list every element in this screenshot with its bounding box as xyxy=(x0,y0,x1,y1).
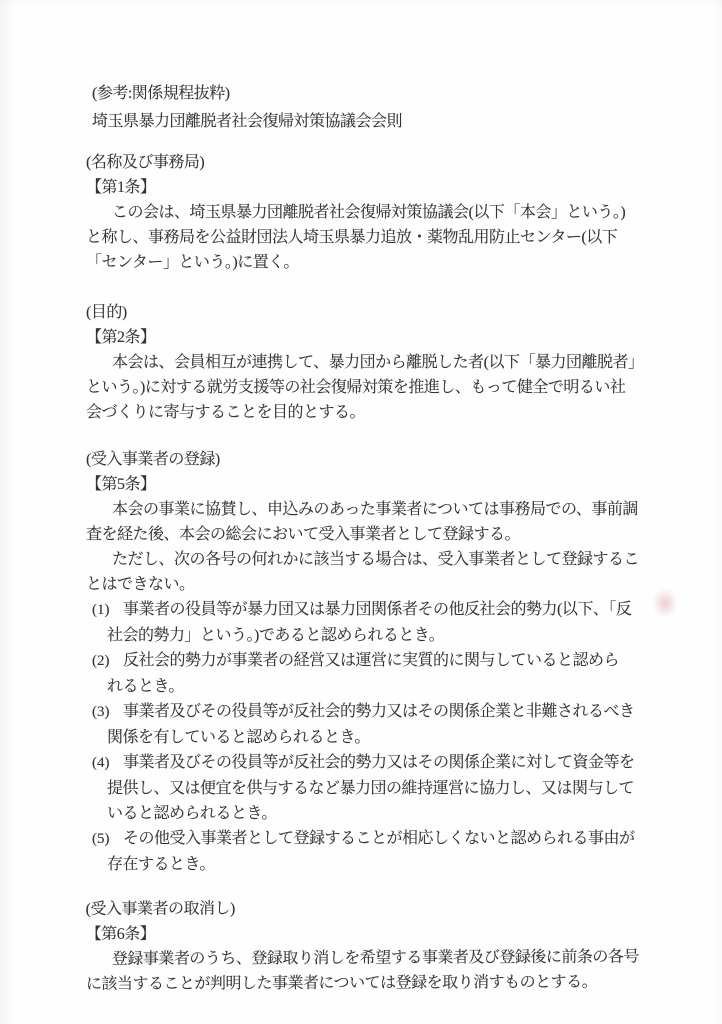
section-article-2: (目的) 【第2条】 本会は、会員相互が連携して、暴力団から離脱した者(以下「暴… xyxy=(86,300,666,425)
title-block: (参考:関係規程抜粋) 埼玉県暴力団離脱者社会復帰対策協議会会則 xyxy=(92,80,666,136)
section-article-5: (受入事業者の登録) 【第5条】 本会の事業に協賛し、申込みのあった事業者につい… xyxy=(86,447,666,877)
item-text: 事業者及びその役員等が反社会的勢力又はその関係企業に対して資金等を xyxy=(123,754,635,771)
text-line: 会づくりに寄与することを目的とする。 xyxy=(86,400,666,425)
item-text: 事業者の役員等が暴力団又は暴力団関係者その他反社会的勢力(以下、「反 xyxy=(123,601,631,618)
text-line: に該当することが判明した事業者については登録を取り消すものとする。 xyxy=(86,969,666,997)
list-item-4: (4)事業者及びその役員等が反社会的勢力又はその関係企業に対して資金等を 提供し… xyxy=(86,750,666,826)
item-marker: (3) xyxy=(92,700,123,725)
text-line: 存在するとき。 xyxy=(86,852,666,877)
item-marker: (1) xyxy=(92,598,123,623)
text-line: という。)に対する就労支援等の社会復帰対策を推進し、もって健全で明るい社 xyxy=(86,375,666,400)
article-number: 【第1条】 xyxy=(86,175,666,200)
text-line: とはできない。 xyxy=(86,572,666,597)
article-number: 【第2条】 xyxy=(86,325,666,350)
text-line: 提供し、又は便宜を供与するなど暴力団の維持運営に協力し、又は関与して xyxy=(86,776,666,801)
text-line: いると認められるとき。 xyxy=(86,801,666,826)
scanned-document-page: (参考:関係規程抜粋) 埼玉県暴力団離脱者社会復帰対策協議会会則 (名称及び事務… xyxy=(0,0,722,1024)
text-line: 社会的勢力」という。)であると認められるとき。 xyxy=(86,623,666,648)
section-heading: (受入事業者の取消し) xyxy=(86,894,666,922)
list-item-5: (5)その他受入事業者として登録することが相応しくないと認められる事由が 存在す… xyxy=(86,826,666,877)
list-item-1: (1)事業者の役員等が暴力団又は暴力団関係者その他反社会的勢力(以下、「反 社会… xyxy=(86,597,666,648)
text-line: 本会は、会員相互が連携して、暴力団から離脱した者(以下「暴力団離脱者」 xyxy=(86,350,666,375)
text-line: この会は、埼玉県暴力団離脱者社会復帰対策協議会(以下「本会」という。) xyxy=(86,200,666,225)
text-line: ただし、次の各号の何れかに該当する場合は、受入事業者として登録するこ xyxy=(86,547,666,572)
text-line: 本会の事業に協賛し、申込みのあった事業者については事務局での、事前調 xyxy=(86,497,666,522)
item-text: 反社会的勢力が事業者の経営又は運営に実質的に関与していると認めら xyxy=(123,652,619,669)
article-number: 【第5条】 xyxy=(86,472,666,497)
text-line: 登録事業者のうち、登録取り消しを希望する事業者及び登録後に前条の各号 xyxy=(86,944,666,972)
list-item-3: (3)事業者及びその役員等が反社会的勢力又はその関係企業と非難されるべき 関係を… xyxy=(86,699,666,750)
item-text: その他受入事業者として登録することが相応しくないと認められる事由が xyxy=(123,830,635,847)
list-item-2: (2)反社会的勢力が事業者の経営又は運営に実質的に関与していると認めら れるとき… xyxy=(86,648,666,699)
reference-note: (参考:関係規程抜粋) xyxy=(92,80,666,108)
text-line: 関係を有していると認められるとき。 xyxy=(86,725,666,750)
section-heading: (名称及び事務局) xyxy=(86,150,666,175)
section-heading: (目的) xyxy=(86,300,666,325)
section-article-6: (受入事業者の取消し) 【第6条】 登録事業者のうち、登録取り消しを希望する事業… xyxy=(86,894,666,997)
article-number: 【第6条】 xyxy=(86,919,666,947)
section-article-1: (名称及び事務局) 【第1条】 この会は、埼玉県暴力団離脱者社会復帰対策協議会(… xyxy=(86,150,666,275)
document-body: (参考:関係規程抜粋) 埼玉県暴力団離脱者社会復帰対策協議会会則 (名称及び事務… xyxy=(86,80,666,997)
item-marker: (5) xyxy=(92,827,123,852)
item-text: 事業者及びその役員等が反社会的勢力又はその関係企業と非難されるべき xyxy=(123,703,635,720)
item-marker: (4) xyxy=(92,751,123,776)
text-line: と称し、事務局を公益財団法人埼玉県暴力追放・薬物乱用防止センター(以下 xyxy=(86,225,666,250)
text-line: 「センター」という。)に置く。 xyxy=(86,250,666,275)
section-heading: (受入事業者の登録) xyxy=(86,447,666,472)
text-line: 査を経た後、本会の総会において受入事業者として登録する。 xyxy=(86,522,666,547)
item-marker: (2) xyxy=(92,649,123,674)
text-line: れるとき。 xyxy=(86,674,666,699)
document-title: 埼玉県暴力団離脱者社会復帰対策協議会会則 xyxy=(92,108,666,136)
